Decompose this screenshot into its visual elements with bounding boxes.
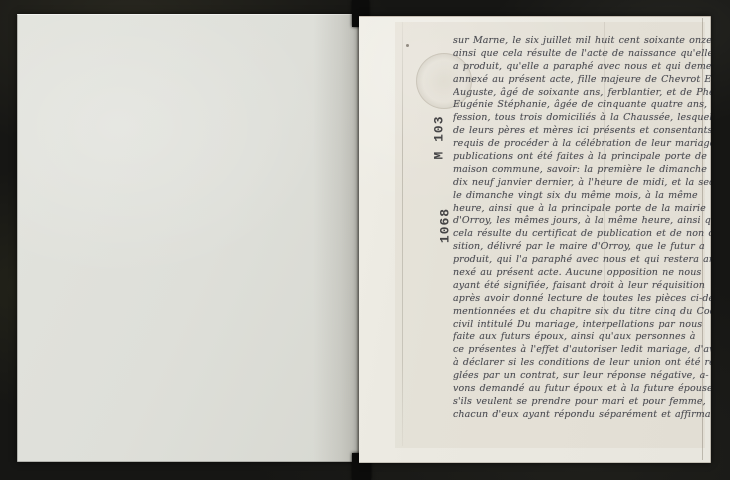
- manuscript-line: nexé au présent acte. Aucune opposition …: [453, 267, 711, 280]
- manuscript-line: vons demandé au futur époux et à la futu…: [453, 383, 711, 396]
- manuscript-line: requis de procéder à la célébration de l…: [453, 138, 711, 151]
- stamp-1068: 1068: [438, 206, 453, 246]
- manuscript-line: civil intitulé Du mariage, interpellatio…: [453, 319, 711, 332]
- manuscript-line: d'Orroy, les mêmes jours, à la même heur…: [453, 215, 711, 228]
- manuscript-line: faite aux futurs époux, ainsi qu'aux per…: [453, 331, 711, 344]
- paper-speck: [406, 44, 409, 47]
- manuscript-line: glées par un contrat, sur leur réponse n…: [453, 370, 711, 383]
- manuscript-line: après avoir donné lecture de toutes les …: [453, 293, 711, 306]
- manuscript-text-block: sur Marne, le six juillet mil huit cent …: [453, 35, 711, 422]
- manuscript-line: publications ont été faites à la princip…: [453, 151, 711, 164]
- manuscript-line: Auguste, âgé de soixante ans, ferblantie…: [453, 87, 711, 100]
- left-page: [17, 14, 359, 462]
- manuscript-line: sur Marne, le six juillet mil huit cent …: [453, 35, 711, 48]
- manuscript-line: le dimanche vingt six du même mois, à la…: [453, 190, 711, 203]
- manuscript-line: dix neuf janvier dernier, à l'heure de m…: [453, 177, 711, 190]
- manuscript-line: s'ils veulent se prendre pour mari et po…: [453, 396, 711, 409]
- manuscript-line: de leurs pères et mères ici présents et …: [453, 125, 711, 138]
- manuscript-line: Eugénie Stéphanie, âgée de cinquante qua…: [453, 99, 711, 112]
- manuscript-line: mentionnées et du chapitre six du titre …: [453, 306, 711, 319]
- manuscript-line: annexé au présent acte, fille majeure de…: [453, 74, 711, 87]
- archival-scan-background: M 103 1068 sur Marne, le six juillet mil…: [0, 0, 730, 480]
- manuscript-line: chacun d'eux ayant répondu séparément et…: [453, 409, 711, 422]
- manuscript-line: heure, ainsi que à la principale porte d…: [453, 203, 711, 216]
- manuscript-line: cela résulte du certificat de publicatio…: [453, 228, 711, 241]
- right-page: M 103 1068 sur Marne, le six juillet mil…: [359, 16, 711, 463]
- manuscript-line: produit, qui l'a paraphé avec nous et qu…: [453, 254, 711, 267]
- stamp-m103: M 103: [432, 113, 447, 163]
- page-crease-left: [402, 22, 403, 446]
- manuscript-line: à déclarer si les conditions de leur uni…: [453, 357, 711, 370]
- manuscript-line: fession, tous trois domiciliés à la Chau…: [453, 112, 711, 125]
- manuscript-line: sition, délivré par le maire d'Orroy, qu…: [453, 241, 711, 254]
- manuscript-line: a produit, qu'elle a paraphé avec nous e…: [453, 61, 711, 74]
- manuscript-line: ce présentes à l'effet d'autoriser ledit…: [453, 344, 711, 357]
- manuscript-line: ayant été signifiée, faisant droit à leu…: [453, 280, 711, 293]
- manuscript-line: ainsi que cela résulte de l'acte de nais…: [453, 48, 711, 61]
- manuscript-line: maison commune, savoir: la première le d…: [453, 164, 711, 177]
